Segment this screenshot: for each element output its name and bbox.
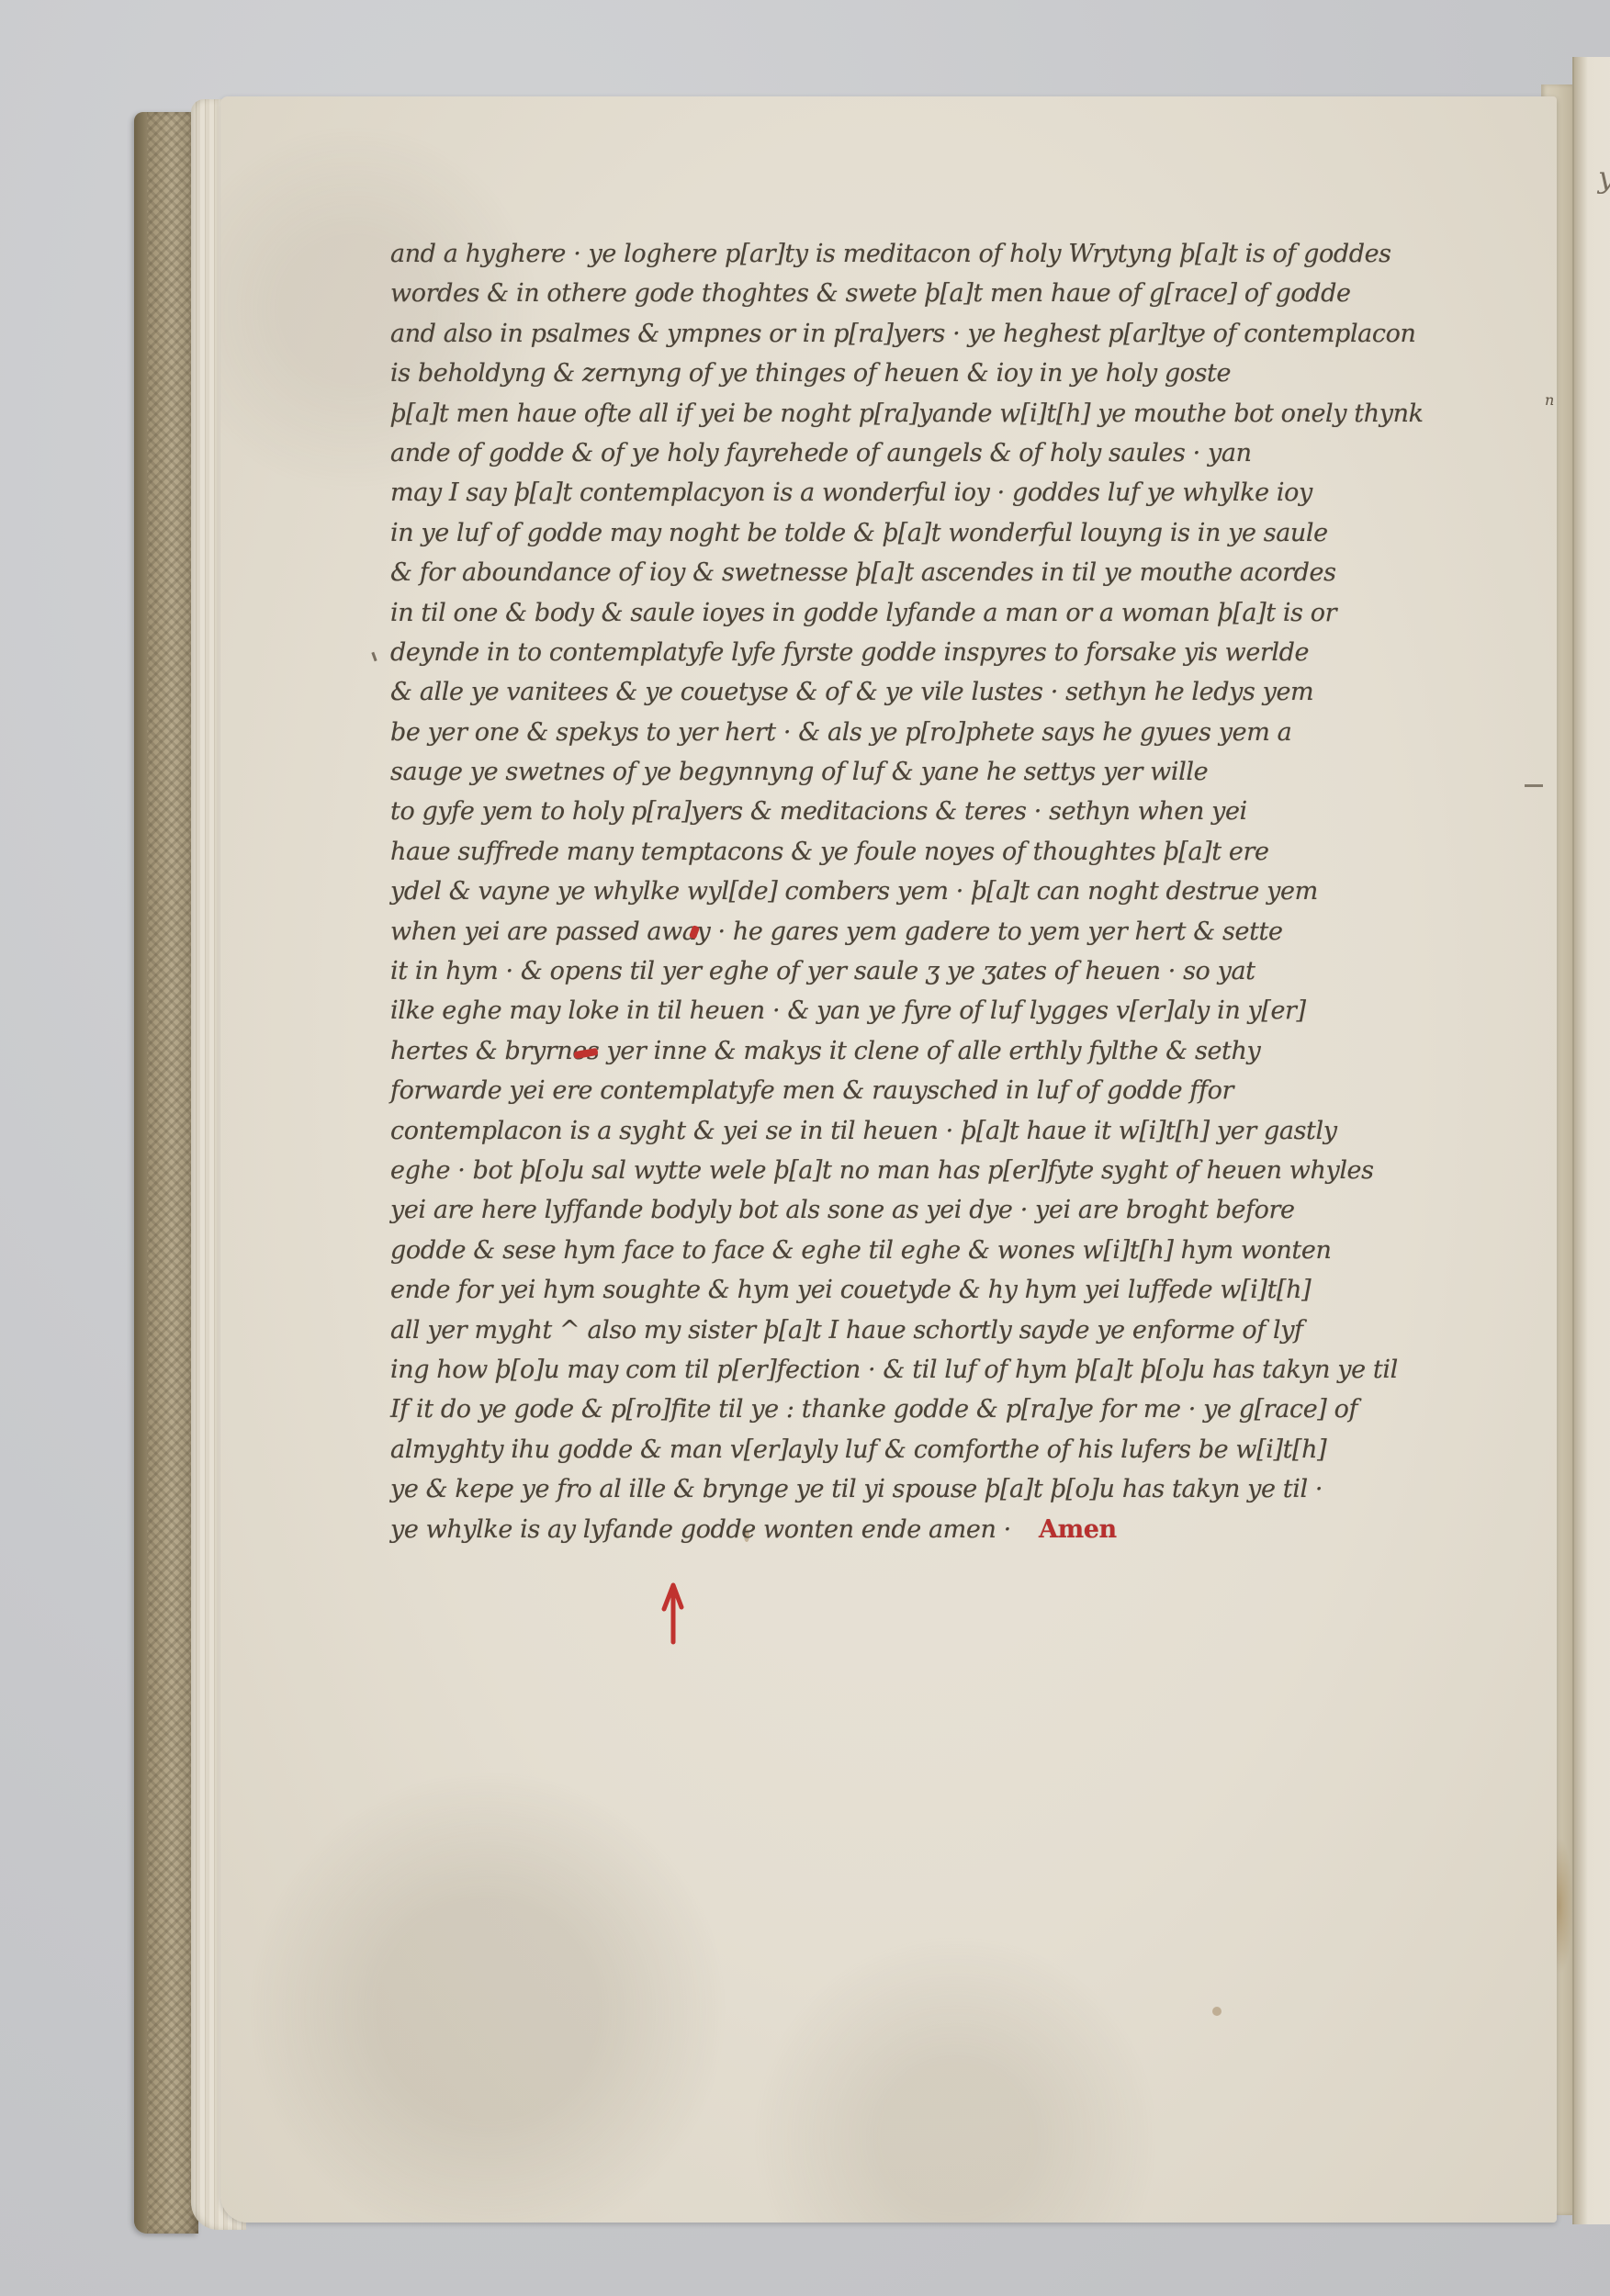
book-cover-edge [134, 112, 147, 2234]
text-line: when yei are passed away · he gares yem … [390, 912, 1538, 951]
text-line: yei are here lyffande bodyly bot als son… [390, 1190, 1538, 1230]
text-line: ande of godde & of ye holy fayrehede of … [390, 433, 1538, 473]
final-line-text: ye whylke is ay lyfande godde wonten end… [390, 1515, 1011, 1544]
text-line-final: ye whylke is ay lyfande godde wonten end… [390, 1510, 1538, 1549]
text-line: ydel & vayne ye whylke wyl[de] combers y… [390, 872, 1538, 911]
text-line: þ[a]t men haue ofte all if yei be noght … [390, 394, 1538, 433]
rubric-amen: Amen [1039, 1515, 1117, 1544]
text-line: & for aboundance of ioy & swetnesse þ[a]… [390, 553, 1538, 592]
text-line: in til one & body & saule ioyes in godde… [390, 593, 1538, 633]
text-line: is beholdyng & zernyng of ye thinges of … [390, 354, 1538, 393]
text-line: ye & kepe ye fro al ille & brynge ye til… [390, 1469, 1538, 1509]
text-line: in ye luf of godde may noght be tolde & … [390, 513, 1538, 553]
text-line: haue suffrede many temptacons & ye foule… [390, 832, 1538, 872]
text-line: deynde in to contemplatyfe lyfe fyrste g… [390, 633, 1538, 672]
facing-page-text: ye [1598, 161, 1610, 194]
text-line: almyghty ihu godde & man v[er]ayly luf &… [390, 1430, 1538, 1469]
text-line: & alle ye vanitees & ye couetyse & of & … [390, 672, 1538, 712]
text-line: may I say þ[a]t contemplacyon is a wonde… [390, 473, 1538, 512]
text-line: it in hym · & opens til yer eghe of yer … [390, 951, 1538, 991]
facing-page-fragment [1572, 57, 1610, 2224]
text-line: ende for yei hym soughte & hym yei couet… [390, 1270, 1538, 1310]
text-line: be yer one & spekys to yer hert · & als … [390, 713, 1538, 752]
text-line: ilke eghe may loke in til heuen · & yan … [390, 991, 1538, 1030]
text-line: godde & sese hym face to face & eghe til… [390, 1231, 1538, 1270]
text-line: contemplacon is a syght & yei se in til … [390, 1111, 1538, 1151]
text-line: and a hyghere · ye loghere p[ar]ty is me… [390, 234, 1538, 274]
text-line: and also in psalmes & ympnes or in p[ra]… [390, 314, 1538, 354]
text-line: If it do ye gode & p[ro]fite til ye : th… [390, 1390, 1538, 1429]
text-line: forwarde yei ere contemplatyfe men & rau… [390, 1071, 1538, 1110]
text-line: ing how þ[o]u may com til p[er]fection ·… [390, 1350, 1538, 1390]
text-line: sauge ye swetnes of ye begynnyng of luf … [390, 752, 1538, 792]
text-line: hertes & bryrnes yer inne & makys it cle… [390, 1031, 1538, 1071]
text-line: all yer myght ^ also my sister þ[a]t I h… [390, 1311, 1538, 1350]
text-line: to gyfe yem to holy p[ra]yers & meditaci… [390, 792, 1538, 831]
manuscript-text-block: and a hyghere · ye loghere p[ar]ty is me… [390, 234, 1538, 1549]
manuscript-photograph: ye n and a hyghere · ye loghere p[ar]ty … [0, 0, 1610, 2296]
margin-letter: n [1545, 391, 1554, 409]
text-line: wordes & in othere gode thoghtes & swete… [390, 274, 1538, 313]
text-line: eghe · bot þ[o]u sal wytte wele þ[a]t no… [390, 1151, 1538, 1190]
stain-spot [1212, 2007, 1222, 2016]
